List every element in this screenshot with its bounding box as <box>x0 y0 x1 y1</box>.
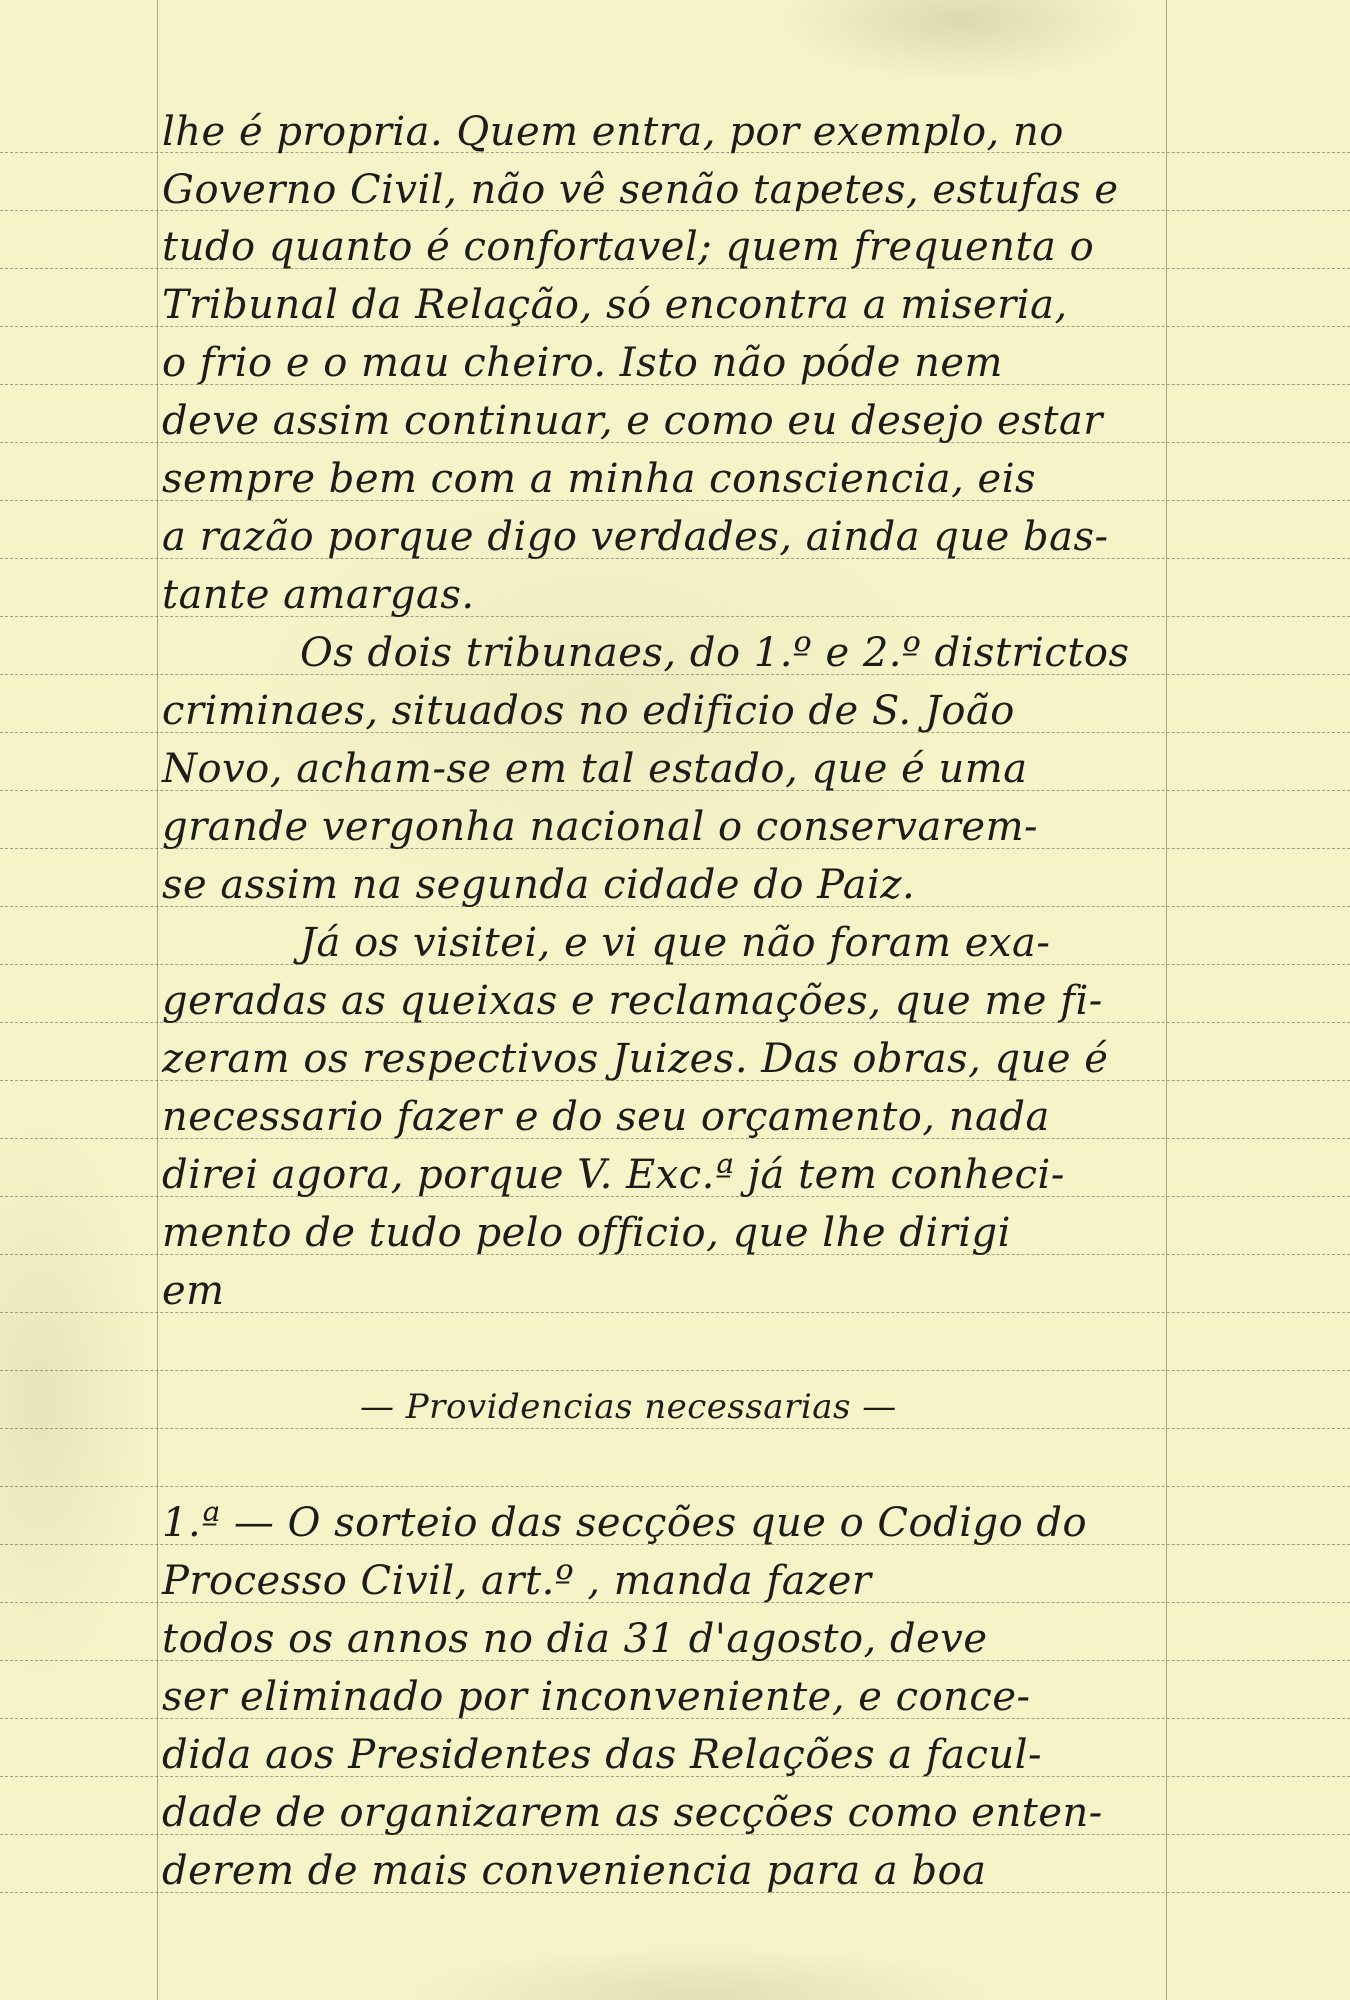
text-line: mento de tudo pelo officio, que lhe diri… <box>162 1213 1162 1253</box>
text-line: ser eliminado por inconveniente, e conce… <box>162 1677 1162 1717</box>
text-line: geradas as queixas e reclamações, que me… <box>162 981 1162 1021</box>
paragraph-start-line: Os dois tribunaes, do 1.º e 2.º district… <box>300 633 1300 673</box>
text-line: tudo quanto é confortavel; quem frequent… <box>162 227 1162 267</box>
paragraph-start-line: Já os visitei, e vi que não foram exa- <box>300 923 1300 963</box>
text-line: se assim na segunda cidade do Paiz. <box>162 865 1162 905</box>
ruled-line <box>0 1486 1350 1487</box>
manuscript-page: lhe é propria. Quem entra, por exemplo, … <box>0 0 1350 2000</box>
text-line: dida aos Presidentes das Relações a facu… <box>162 1735 1162 1775</box>
section-heading: — Providencias necessarias — <box>360 1387 1350 1427</box>
text-line: necessario fazer e do seu orçamento, nad… <box>162 1097 1162 1137</box>
right-margin-line <box>1166 0 1167 2000</box>
ruled-line <box>0 1370 1350 1371</box>
text-line: lhe é propria. Quem entra, por exemplo, … <box>162 112 1162 152</box>
text-line: direi agora, porque V. Exc.ª já tem conh… <box>162 1155 1162 1195</box>
ruled-line <box>0 1428 1350 1429</box>
text-line: em <box>162 1271 1162 1311</box>
text-line: Tribunal da Relação, só encontra a miser… <box>162 285 1162 325</box>
text-line: dade de organizarem as secções como ente… <box>162 1793 1162 1833</box>
numbered-item-start: 1.ª — O sorteio das secções que o Codigo… <box>162 1503 1162 1543</box>
text-line: sempre bem com a minha consciencia, eis <box>162 459 1162 499</box>
text-line: criminaes, situados no edificio de S. Jo… <box>162 691 1162 731</box>
text-line: Governo Civil, não vê senão tapetes, est… <box>162 170 1162 210</box>
text-line: a razão porque digo verdades, ainda que … <box>162 517 1162 557</box>
text-line: Novo, acham-se em tal estado, que é uma <box>162 749 1162 789</box>
text-line: tante amargas. <box>162 575 1162 615</box>
text-line: Processo Civil, art.º , manda fazer <box>162 1561 1162 1601</box>
text-line: derem de mais conveniencia para a boa <box>162 1851 1162 1891</box>
text-line: deve assim continuar, e como eu desejo e… <box>162 401 1162 441</box>
text-line: zeram os respectivos Juizes. Das obras, … <box>162 1039 1162 1079</box>
left-margin-line <box>157 0 158 2000</box>
text-line: o frio e o mau cheiro. Isto não póde nem <box>162 343 1162 383</box>
text-line: todos os annos no dia 31 d'agosto, deve <box>162 1619 1162 1659</box>
text-line: grande vergonha nacional o conservarem- <box>162 807 1162 847</box>
